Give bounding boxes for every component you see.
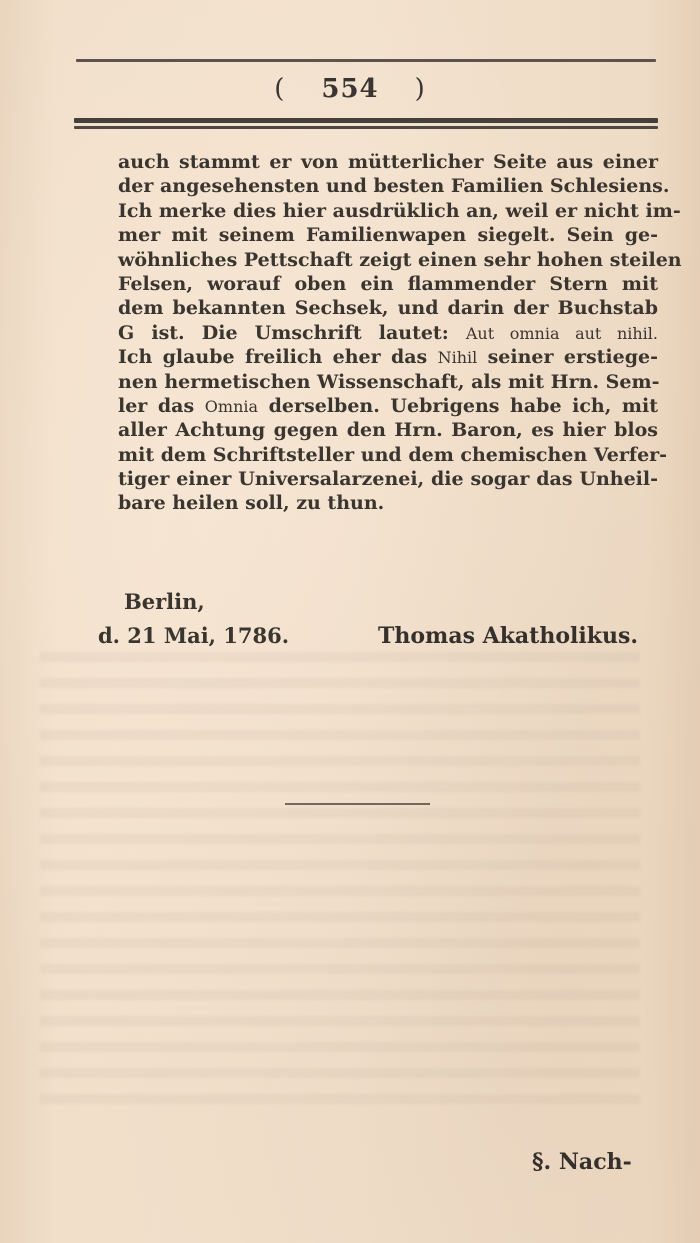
page-number: 554 bbox=[321, 74, 378, 104]
closing-date: d. 21 Mai, 1786. bbox=[98, 623, 289, 648]
book-page: (554) auch stammt er von mütterlicher Se… bbox=[0, 0, 700, 1243]
text-line: auch stammt er von mütterlicher Seite au… bbox=[118, 150, 658, 174]
header-rule-double-lower bbox=[74, 126, 658, 129]
text-line-with-motto: G ist. Die Umschrift lautet: Aut omnia a… bbox=[118, 321, 658, 345]
text-line: der angesehensten und besten Familien Sc… bbox=[118, 174, 658, 198]
text-segment: ler das bbox=[118, 395, 194, 417]
text-line-with-latin: Ich glaube freilich eher das Nihil seine… bbox=[118, 345, 658, 369]
text-segment: G ist. Die Umschrift lautet: bbox=[118, 322, 449, 344]
page-header: (554) bbox=[0, 74, 700, 104]
text-line: nen hermetischen Wissenschaft, als mit H… bbox=[118, 370, 658, 394]
body-paragraph: auch stammt er von mütterlicher Seite au… bbox=[118, 150, 658, 516]
paren-close: ) bbox=[415, 74, 426, 104]
catchword: §. Nach- bbox=[532, 1149, 632, 1175]
bleed-through-texture bbox=[40, 640, 640, 1110]
latin-word-omnia: Omnia bbox=[205, 397, 258, 416]
text-segment: derselben. Uebrigens habe ich, mit bbox=[269, 395, 658, 417]
text-line-with-latin: ler das Omnia derselben. Uebrigens habe … bbox=[118, 394, 658, 418]
text-line: aller Achtung gegen den Hrn. Baron, es h… bbox=[118, 418, 658, 442]
text-line: mer mit seinem Familienwapen siegelt. Se… bbox=[118, 223, 658, 247]
latin-motto: Aut omnia aut nihil. bbox=[466, 324, 658, 343]
text-segment: seiner erstiege- bbox=[488, 346, 658, 368]
text-line: dem bekannten Sechsek, und darin der Buc… bbox=[118, 296, 658, 320]
text-line: wöhnliches Pettschaft zeigt einen sehr h… bbox=[118, 248, 658, 272]
text-segment: Ich glaube freilich eher das bbox=[118, 346, 427, 368]
text-line-last: bare heilen soll, zu thun. bbox=[118, 491, 658, 515]
author-signature: Thomas Akatholikus. bbox=[378, 623, 638, 649]
closing-place: Berlin, bbox=[124, 589, 205, 614]
paren-open: ( bbox=[274, 74, 285, 104]
latin-word-nihil: Nihil bbox=[438, 348, 478, 367]
header-rule-top bbox=[76, 59, 656, 62]
section-end-rule bbox=[285, 803, 430, 805]
text-line: tiger einer Universalarzenei, die sogar … bbox=[118, 467, 658, 491]
text-line: mit dem Schriftsteller und dem chemische… bbox=[118, 443, 658, 467]
text-line: Ich merke dies hier ausdrüklich an, weil… bbox=[118, 199, 658, 223]
text-line: Felsen, worauf oben ein flammender Stern… bbox=[118, 272, 658, 296]
header-rule-double-upper bbox=[74, 118, 658, 123]
